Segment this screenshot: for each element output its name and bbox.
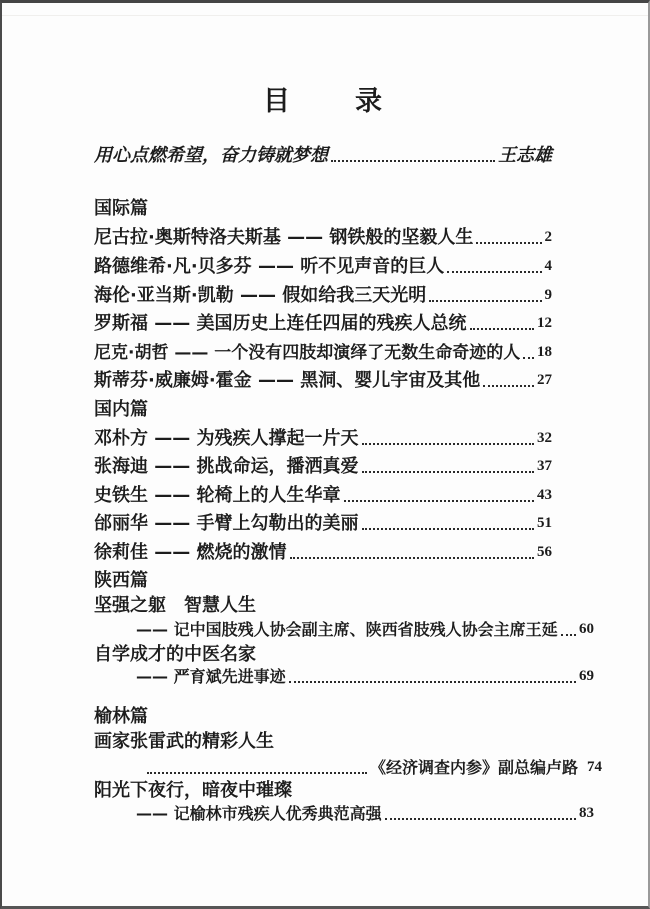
toc-entry: 尼克·胡哲 —— 一个没有四肢却演绎了无数生命奇迹的人 18: [94, 341, 552, 365]
page-title-char: 录: [355, 85, 383, 119]
entry-title: 坚强之躯 智慧人生: [94, 594, 256, 618]
preface-title: 用心点燃希望，奋力铸就梦想: [94, 144, 328, 168]
entry-title: 徐莉佳 —— 燃烧的激情: [94, 541, 287, 565]
section-header-international: 国际篇: [94, 197, 552, 221]
entry-title: 自学成才的中医名家: [94, 643, 256, 667]
dot-leader: [290, 557, 534, 559]
dot-leader: [331, 160, 495, 162]
entry-page-number: 2: [545, 225, 553, 250]
entry-title: 画家张雷武的精彩人生: [94, 730, 274, 754]
dot-leader: [362, 443, 534, 445]
section-header-shaanxi: 陕西篇: [94, 569, 552, 593]
toc-entry: 尼古拉·奥斯特洛夫斯基 —— 钢铁般的坚毅人生 2: [94, 226, 552, 250]
toc-entry: 邓朴方 —— 为残疾人撑起一片天 32: [94, 427, 552, 451]
dot-leader: [429, 300, 541, 302]
entry-page-number: 37: [537, 454, 552, 479]
toc-entry: 路德维希·凡·贝多芬 —— 听不见声音的巨人 4: [94, 255, 552, 279]
dot-leader: [362, 528, 534, 530]
entry-page-number: 56: [537, 540, 552, 565]
entry-page-number: 27: [537, 368, 552, 393]
toc-entry-subtitle-line: —— 记中国肢残人协会副主席、陕西省肢残人协会主席王延 60: [94, 618, 594, 642]
dot-leader: [147, 772, 367, 774]
toc-entry: 张海迪 —— 挑战命运，播洒真爱 37: [94, 455, 552, 479]
entry-subtitle: —— 严育斌先进事迹: [136, 665, 286, 689]
entry-page-number: 60: [579, 617, 594, 642]
preface-entry: 用心点燃希望，奋力铸就梦想 王志雄: [94, 144, 552, 168]
toc-entry: 史铁生 —— 轮椅上的人生华章 43: [94, 484, 552, 508]
entry-page-number: 12: [537, 311, 552, 336]
entry-title: 路德维希·凡·贝多芬 —— 听不见声音的巨人: [94, 255, 444, 279]
entry-page-number: 18: [537, 340, 552, 365]
entry-title: 罗斯福 —— 美国历史上连任四届的残疾人总统: [94, 312, 467, 336]
entry-page-number: 4: [545, 254, 553, 279]
entry-subtitle: —— 记榆林市残疾人优秀典范高强: [136, 802, 382, 826]
dot-leader: [344, 500, 534, 502]
entry-page-number: 43: [537, 483, 552, 508]
page-title-char: 目: [263, 85, 291, 119]
toc-entry-title-line: 自学成才的中医名家: [94, 643, 552, 667]
toc-entry-title-line: 画家张雷武的精彩人生: [94, 730, 552, 754]
toc-entry-title-line: 阳光下夜行，暗夜中璀璨: [94, 779, 552, 803]
dot-leader: [470, 328, 534, 330]
toc-entry-title-line: 坚强之躯 智慧人生: [94, 594, 552, 618]
dot-leader: [385, 818, 576, 820]
toc-entry-subtitle-line: —— 严育斌先进事迹 69: [94, 665, 594, 689]
scan-artifact-line: [2, 15, 648, 16]
entry-page-number: 83: [579, 801, 594, 826]
dot-leader: [362, 471, 534, 473]
toc-entry-subtitle-line: —— 记榆林市残疾人优秀典范高强 83: [94, 802, 594, 826]
entry-page-number: 32: [537, 426, 552, 451]
entry-title: 张海迪 —— 挑战命运，播洒真爱: [94, 455, 359, 479]
toc-entry: 罗斯福 —— 美国历史上连任四届的残疾人总统 12: [94, 312, 552, 336]
toc-entry-attribution-line: 《经济调查内参》副总编卢路 74: [94, 756, 602, 780]
dot-leader: [447, 271, 541, 273]
toc-entry: 斯蒂芬·威廉姆·霍金 —— 黑洞、婴儿宇宙及其他 27: [94, 369, 552, 393]
entry-page-number: 69: [579, 664, 594, 689]
entry-title: 斯蒂芬·威廉姆·霍金 —— 黑洞、婴儿宇宙及其他: [94, 369, 480, 393]
entry-page-number: 74: [587, 755, 602, 780]
entry-title: 邰丽华 —— 手臂上勾勒出的美丽: [94, 512, 359, 536]
entry-attribution: 《经济调查内参》副总编卢路: [370, 756, 578, 780]
entry-title: 邓朴方 —— 为残疾人撑起一片天: [94, 427, 359, 451]
entry-subtitle: —— 记中国肢残人协会副主席、陕西省肢残人协会主席王延: [136, 618, 558, 642]
toc-entry: 徐莉佳 —— 燃烧的激情 56: [94, 541, 552, 565]
toc-page: 目 录 用心点燃希望，奋力铸就梦想 王志雄 国际篇 尼古拉·奥斯特洛夫斯基 ——…: [0, 0, 650, 909]
dot-leader: [476, 242, 541, 244]
entry-title: 尼古拉·奥斯特洛夫斯基 —— 钢铁般的坚毅人生: [94, 226, 473, 250]
entry-title: 海伦·亚当斯·凯勒 —— 假如给我三天光明: [94, 284, 426, 308]
section-header-yulin: 榆林篇: [94, 705, 552, 729]
section-header-domestic: 国内篇: [94, 398, 552, 422]
entry-title: 史铁生 —— 轮椅上的人生华章: [94, 484, 341, 508]
toc-entry: 邰丽华 —— 手臂上勾勒出的美丽 51: [94, 512, 552, 536]
dot-leader: [523, 357, 534, 359]
entry-title: 阳光下夜行，暗夜中璀璨: [94, 779, 292, 803]
dot-leader: [483, 385, 534, 387]
dot-leader: [561, 634, 576, 636]
dot-leader: [289, 681, 576, 683]
entry-page-number: 9: [545, 283, 553, 308]
preface-author: 王志雄: [498, 144, 552, 168]
page-title: 目 录: [94, 85, 552, 119]
entry-page-number: 51: [537, 511, 552, 536]
toc-entry: 海伦·亚当斯·凯勒 —— 假如给我三天光明 9: [94, 284, 552, 308]
entry-title: 尼克·胡哲 —— 一个没有四肢却演绎了无数生命奇迹的人: [94, 341, 520, 365]
